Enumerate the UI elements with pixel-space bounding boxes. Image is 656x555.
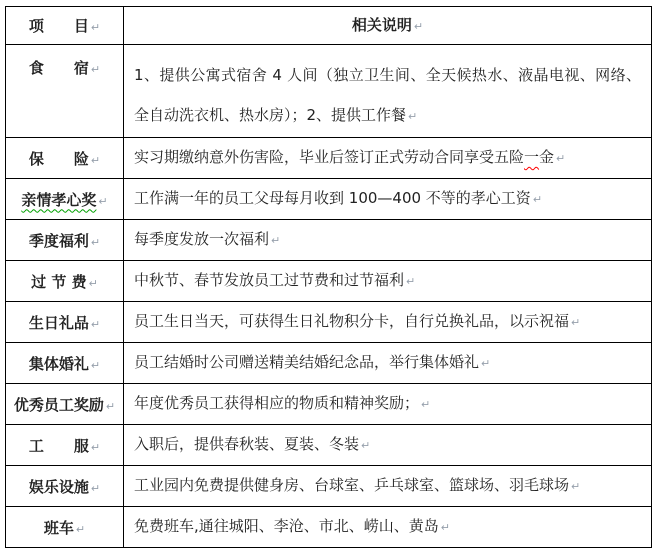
item-label: 保 险 bbox=[29, 150, 89, 168]
paragraph-mark-icon: ↵ bbox=[361, 439, 370, 452]
description-cell: 入职后，提供春秋装、夏装、冬装↵ bbox=[124, 425, 652, 466]
paragraph-mark-icon: ↵ bbox=[91, 21, 100, 34]
paragraph-mark-icon: ↵ bbox=[441, 521, 450, 534]
item-cell: 生日礼品↵ bbox=[6, 302, 124, 343]
description-text: 金 bbox=[539, 148, 554, 166]
item-label: 生日礼品 bbox=[29, 314, 89, 332]
header-item-cell: 项 目↵ bbox=[6, 7, 124, 45]
description-text: 员工生日当天，可获得生日礼物积分卡，自行兑换礼品，以示祝福 bbox=[134, 312, 569, 330]
item-label: 食 宿 bbox=[29, 59, 89, 77]
item-label: 娱乐设施 bbox=[29, 478, 89, 496]
description-cell: 免费班车,通往城阳、李沧、市北、崂山、黄岛↵ bbox=[124, 507, 652, 548]
item-cell: 工 服↵ bbox=[6, 425, 124, 466]
document-page: 项 目↵ 相关说明↵ 食 宿↵ 1、提供公寓式宿舍 4 人间（独立卫生间、全天候… bbox=[0, 0, 656, 555]
paragraph-mark-icon: ↵ bbox=[421, 398, 430, 411]
item-cell: 亲情孝心奖↵ bbox=[6, 179, 124, 220]
header-description-cell: 相关说明↵ bbox=[124, 7, 652, 45]
paragraph-mark-icon: ↵ bbox=[533, 193, 542, 206]
description-cell: 每季度发放一次福利↵ bbox=[124, 220, 652, 261]
paragraph-mark-icon: ↵ bbox=[91, 236, 100, 249]
paragraph-mark-icon: ↵ bbox=[91, 63, 100, 76]
item-label: 集体婚礼 bbox=[29, 355, 89, 373]
table-row: 生日礼品↵ 员工生日当天，可获得生日礼物积分卡，自行兑换礼品，以示祝福↵ bbox=[6, 302, 652, 343]
item-cell: 保 险↵ bbox=[6, 138, 124, 179]
paragraph-mark-icon: ↵ bbox=[571, 316, 580, 329]
paragraph-mark-icon: ↵ bbox=[406, 275, 415, 288]
description-cell: 员工结婚时公司赠送精美结婚纪念品，举行集体婚礼↵ bbox=[124, 343, 652, 384]
item-cell: 优秀员工奖励↵ bbox=[6, 384, 124, 425]
benefits-table: 项 目↵ 相关说明↵ 食 宿↵ 1、提供公寓式宿舍 4 人间（独立卫生间、全天候… bbox=[5, 6, 652, 548]
paragraph-mark-icon: ↵ bbox=[98, 195, 107, 208]
table-row: 季度福利↵ 每季度发放一次福利↵ bbox=[6, 220, 652, 261]
paragraph-mark-icon: ↵ bbox=[271, 234, 280, 247]
description-text: 工作满一年的员工父母每月收到 100—400 不等的孝心工资 bbox=[134, 189, 531, 207]
table-row: 食 宿↵ 1、提供公寓式宿舍 4 人间（独立卫生间、全天候热水、液晶电视、网络、… bbox=[6, 45, 652, 138]
item-cell: 季度福利↵ bbox=[6, 220, 124, 261]
description-text: 1、提供公寓式宿舍 4 人间（独立卫生间、全天候热水、液晶电视、网络、全自动洗衣… bbox=[134, 66, 641, 124]
paragraph-mark-icon: ↵ bbox=[571, 480, 580, 493]
table-row: 工 服↵ 入职后，提供春秋装、夏装、冬装↵ bbox=[6, 425, 652, 466]
description-cell: 工业园内免费提供健身房、台球室、乒乓球室、篮球场、羽毛球场↵ bbox=[124, 466, 652, 507]
paragraph-mark-icon: ↵ bbox=[91, 482, 100, 495]
description-text: 免费班车,通往城阳、李沧、市北、崂山、黄岛 bbox=[134, 517, 439, 535]
header-description-label: 相关说明 bbox=[352, 16, 412, 34]
spelling-flagged-text: 一 bbox=[524, 148, 539, 166]
description-cell: 1、提供公寓式宿舍 4 人间（独立卫生间、全天候热水、液晶电视、网络、全自动洗衣… bbox=[124, 45, 652, 138]
description-text: 实习期缴纳意外伤害险，毕业后签订正式劳动合同享受五险 bbox=[134, 148, 524, 166]
paragraph-mark-icon: ↵ bbox=[76, 523, 85, 536]
paragraph-mark-icon: ↵ bbox=[481, 357, 490, 370]
paragraph-mark-icon: ↵ bbox=[556, 152, 565, 165]
item-label: 过 节 费 bbox=[31, 273, 86, 291]
description-cell: 实习期缴纳意外伤害险，毕业后签订正式劳动合同享受五险一金↵ bbox=[124, 138, 652, 179]
item-cell: 班车↵ bbox=[6, 507, 124, 548]
paragraph-mark-icon: ↵ bbox=[408, 110, 417, 123]
header-item-label: 项 目 bbox=[29, 17, 89, 35]
description-cell: 员工生日当天，可获得生日礼物积分卡，自行兑换礼品，以示祝福↵ bbox=[124, 302, 652, 343]
description-text: 工业园内免费提供健身房、台球室、乒乓球室、篮球场、羽毛球场 bbox=[134, 476, 569, 494]
item-label: 季度福利 bbox=[29, 232, 89, 250]
paragraph-mark-icon: ↵ bbox=[91, 359, 100, 372]
item-label: 班车 bbox=[44, 519, 74, 537]
description-cell: 年度优秀员工获得相应的物质和精神奖励；↵ bbox=[124, 384, 652, 425]
paragraph-mark-icon: ↵ bbox=[91, 154, 100, 167]
paragraph-mark-icon: ↵ bbox=[91, 441, 100, 454]
description-cell: 工作满一年的员工父母每月收到 100—400 不等的孝心工资↵ bbox=[124, 179, 652, 220]
description-text: 入职后，提供春秋装、夏装、冬装 bbox=[134, 435, 359, 453]
description-text: 年度优秀员工获得相应的物质和精神奖励； bbox=[134, 394, 419, 412]
item-label-grammar-flagged: 亲情孝心奖 bbox=[21, 191, 96, 209]
description-text: 中秋节、春节发放员工过节费和过节福利 bbox=[134, 271, 404, 289]
table-header-row: 项 目↵ 相关说明↵ bbox=[6, 7, 652, 45]
paragraph-mark-icon: ↵ bbox=[106, 400, 115, 413]
table-row: 过 节 费↵ 中秋节、春节发放员工过节费和过节福利↵ bbox=[6, 261, 652, 302]
item-cell: 过 节 费↵ bbox=[6, 261, 124, 302]
table-row: 优秀员工奖励↵ 年度优秀员工获得相应的物质和精神奖励；↵ bbox=[6, 384, 652, 425]
table-row: 娱乐设施↵ 工业园内免费提供健身房、台球室、乒乓球室、篮球场、羽毛球场↵ bbox=[6, 466, 652, 507]
item-label: 优秀员工奖励 bbox=[14, 396, 104, 414]
item-cell: 食 宿↵ bbox=[6, 45, 124, 138]
description-text: 每季度发放一次福利 bbox=[134, 230, 269, 248]
item-label: 工 服 bbox=[29, 437, 89, 455]
table-row: 保 险↵ 实习期缴纳意外伤害险，毕业后签订正式劳动合同享受五险一金↵ bbox=[6, 138, 652, 179]
item-cell: 集体婚礼↵ bbox=[6, 343, 124, 384]
paragraph-mark-icon: ↵ bbox=[91, 318, 100, 331]
paragraph-mark-icon: ↵ bbox=[414, 20, 423, 33]
description-text: 员工结婚时公司赠送精美结婚纪念品，举行集体婚礼 bbox=[134, 353, 479, 371]
table-row: 集体婚礼↵ 员工结婚时公司赠送精美结婚纪念品，举行集体婚礼↵ bbox=[6, 343, 652, 384]
table-row: 亲情孝心奖↵ 工作满一年的员工父母每月收到 100—400 不等的孝心工资↵ bbox=[6, 179, 652, 220]
paragraph-mark-icon: ↵ bbox=[89, 277, 98, 290]
item-cell: 娱乐设施↵ bbox=[6, 466, 124, 507]
table-row: 班车↵ 免费班车,通往城阳、李沧、市北、崂山、黄岛↵ bbox=[6, 507, 652, 548]
description-cell: 中秋节、春节发放员工过节费和过节福利↵ bbox=[124, 261, 652, 302]
